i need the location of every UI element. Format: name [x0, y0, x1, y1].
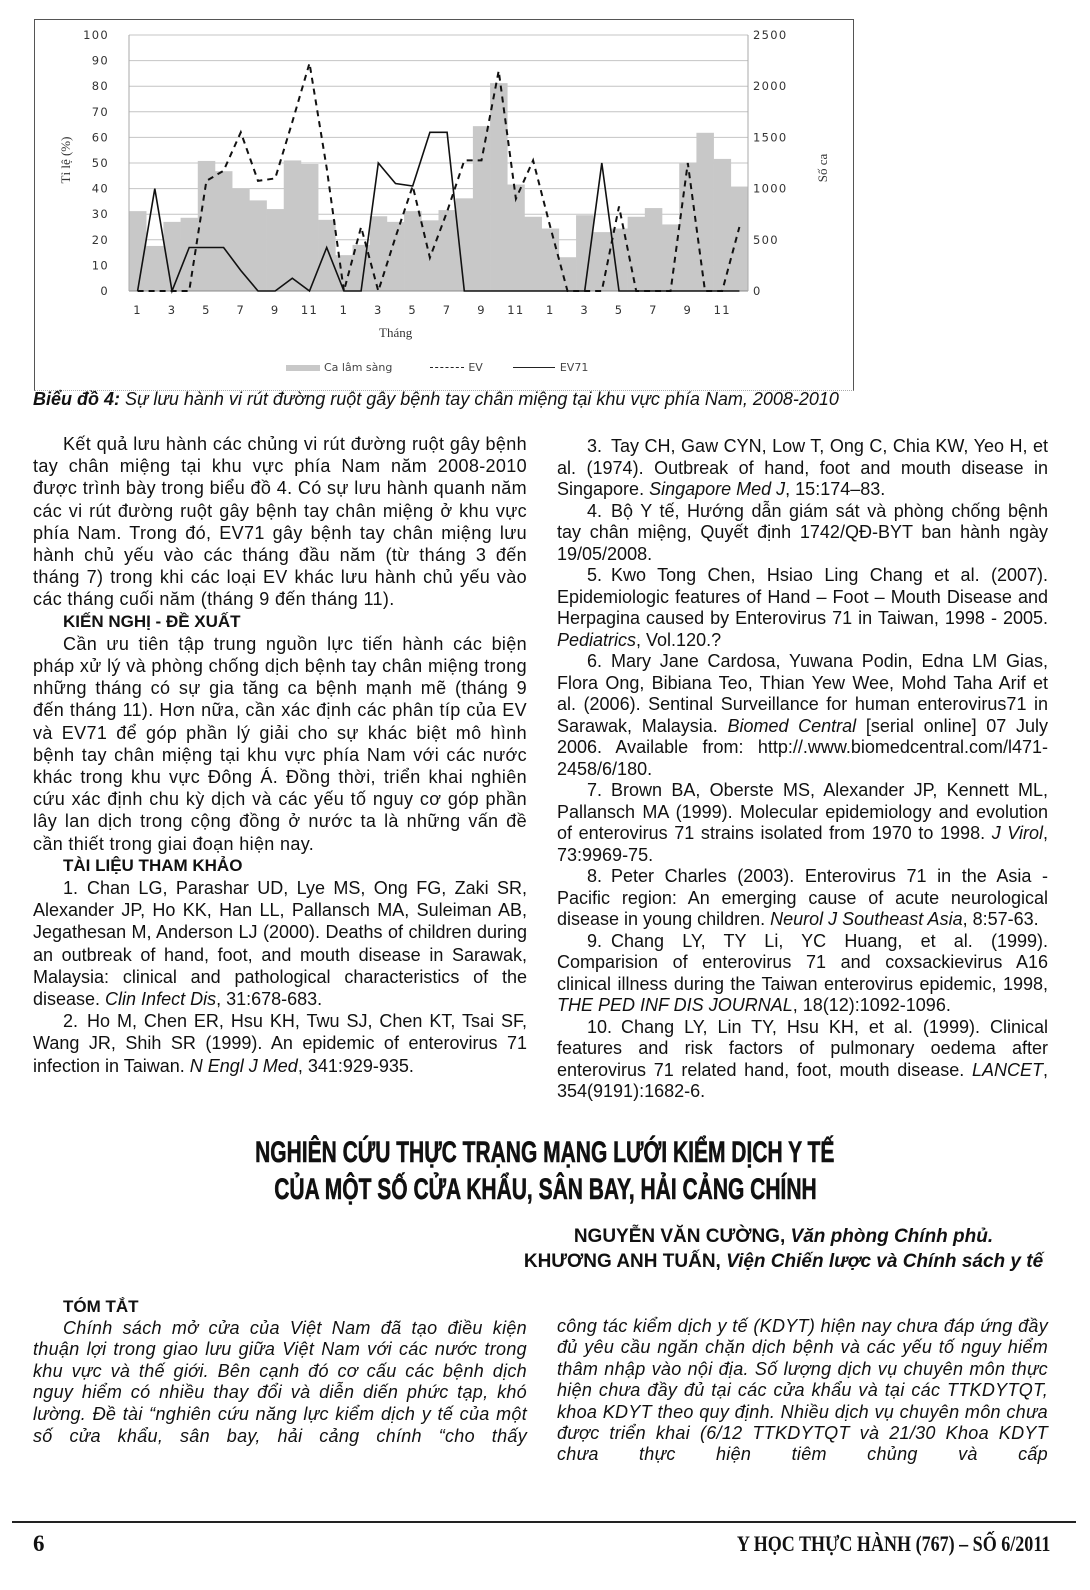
bar: [473, 126, 490, 291]
chart-frame: 0102030405060708090100050010001500200025…: [34, 19, 854, 391]
x-tick-label: 3: [374, 303, 383, 317]
bar: [662, 224, 679, 291]
reference-number: 4.: [587, 501, 602, 521]
x-tick-label: 3: [580, 303, 589, 317]
bar: [267, 209, 284, 291]
legend-label-ev71: EV71: [560, 361, 588, 374]
y-tick-label-left: 70: [92, 105, 109, 119]
y-tick-label-right: 2500: [753, 28, 787, 42]
y-tick-label-right: 500: [753, 233, 779, 247]
reference-journal: Singapore Med J: [649, 479, 785, 499]
y-tick-label-left: 100: [83, 28, 109, 42]
y-tick-label-right: 1000: [753, 182, 787, 196]
bar: [232, 189, 249, 291]
x-tick-label: 1: [340, 303, 349, 317]
y-tick-label-left: 30: [92, 207, 109, 221]
author-list: NGUYỄN VĂN CƯỜNG, Văn phòng Chính phủ. K…: [517, 1224, 1050, 1274]
reference-number: 1.: [63, 878, 78, 898]
x-tick-label: 11: [714, 303, 731, 317]
reference-tail: , Vol.120.?: [636, 630, 721, 650]
reference-item: 2.Ho M, Chen ER, Hsu KH, Twu SJ, Chen KT…: [33, 1010, 527, 1077]
author-line: NGUYỄN VĂN CƯỜNG, Văn phòng Chính phủ.: [517, 1224, 1050, 1249]
bar: [284, 160, 301, 291]
y-tick-label-left: 20: [92, 233, 109, 247]
reference-journal: THE PED INF DIS JOURNAL: [557, 995, 793, 1015]
y-axis-title-right: Số ca: [815, 154, 831, 183]
legend-label-ev: EV: [468, 361, 482, 374]
bar: [439, 210, 456, 291]
bar: [301, 164, 318, 291]
y-tick-label-left: 50: [92, 156, 109, 170]
reference-item: 1.Chan LG, Parashar UD, Lye MS, Ong FG, …: [33, 877, 527, 1010]
figure-caption: Biểu đồ 4: Sự lưu hành vi rút đường ruột…: [33, 389, 839, 410]
bar: [696, 133, 713, 291]
reference-item: 9.Chang LY, TY Li, YC Huang, et al. (199…: [557, 931, 1048, 1017]
reference-tail: , 31:678-683.: [216, 989, 322, 1009]
x-tick-label: 5: [202, 303, 211, 317]
journal-issue: Y HỌC THỰC HÀNH (767) – SỐ 6/2011: [736, 1531, 1050, 1557]
bar: [404, 211, 421, 291]
reference-item: 7.Brown BA, Oberste MS, Alexander JP, Ke…: [557, 780, 1048, 866]
bar: [198, 161, 215, 291]
reference-journal: Clin Infect Dis: [105, 989, 216, 1009]
reference-text: Bộ Y tế, Hướng dẫn giám sát và phòng chố…: [557, 501, 1048, 564]
y-tick-label-left: 90: [92, 54, 109, 68]
reference-number: 3.: [587, 436, 602, 456]
references-heading: TÀI LIỆU THAM KHẢO: [33, 855, 527, 877]
y-tick-label-left: 80: [92, 79, 109, 93]
y-tick-label-right: 0: [753, 284, 762, 298]
abstract-right-column: công tác kiểm dịch y tế (KDYT) hiện nay …: [557, 1316, 1048, 1466]
left-column: Kết quả lưu hành các chủng vi rút đường …: [33, 433, 527, 1077]
y-axis-title-left: Tỉ lệ (%): [58, 137, 74, 184]
bar: [524, 217, 541, 291]
bar: [490, 83, 507, 291]
legend-solid-line-swatch: [513, 367, 555, 368]
caption-text: Sự lưu hành vi rút đường ruột gây bệnh t…: [120, 389, 839, 409]
reference-text: Chang LY, TY Li, YC Huang, et al. (1999)…: [557, 931, 1048, 994]
bar: [387, 222, 404, 291]
article-title: NGHIÊN CỨU THỰC TRẠNG MẠNG LƯỚI KIỂM DỊC…: [0, 1134, 1090, 1208]
author-line: KHƯƠNG ANH TUẤN, Viện Chiến lược và Chín…: [517, 1249, 1050, 1274]
reference-item: 3.Tay CH, Gaw CYN, Low T, Ong C, Chia KW…: [557, 436, 1048, 501]
bar: [249, 200, 266, 291]
bar: [576, 215, 593, 291]
reference-number: 9.: [587, 931, 602, 951]
bar: [542, 229, 559, 291]
author-name: KHƯƠNG ANH TUẤN,: [524, 1251, 726, 1272]
y-tick-label-left: 0: [100, 284, 109, 298]
abstract-text-part-2: công tác kiểm dịch y tế (KDYT) hiện nay …: [557, 1316, 1048, 1466]
legend-bar-swatch: [286, 365, 320, 371]
x-tick-label: 5: [408, 303, 417, 317]
results-paragraph: Kết quả lưu hành các chủng vi rút đường …: [33, 433, 527, 611]
abstract-left-column: TÓM TẮT Chính sách mở cửa của Việt Nam đ…: [33, 1296, 527, 1447]
bar: [559, 257, 576, 291]
reference-number: 8.: [587, 866, 602, 886]
bar: [146, 246, 163, 291]
combo-chart: 0102030405060708090100050010001500200025…: [35, 20, 853, 390]
x-tick-label: 11: [507, 303, 524, 317]
bar: [731, 187, 748, 291]
recommendations-paragraph: Cần ưu tiên tập trung nguồn lực tiến hàn…: [33, 633, 527, 855]
bar: [370, 216, 387, 291]
bar: [456, 198, 473, 291]
footer-rule: [12, 1521, 1076, 1523]
x-tick-label: 9: [683, 303, 692, 317]
author-affiliation: Văn phòng Chính phủ.: [791, 1226, 994, 1247]
bar: [215, 171, 232, 291]
reference-item: 10.Chang LY, Lin TY, Hsu KH, et al. (199…: [557, 1017, 1048, 1103]
reference-tail: , 8:57-63.: [963, 909, 1039, 929]
x-tick-label: 5: [615, 303, 624, 317]
reference-journal: J Virol: [992, 823, 1043, 843]
reference-number: 6.: [587, 651, 602, 671]
y-tick-label-right: 1500: [753, 130, 787, 144]
reference-tail: , 15:174–83.: [785, 479, 885, 499]
reference-item: 8.Peter Charles (2003). Enterovirus 71 i…: [557, 866, 1048, 931]
author-affiliation: Viện Chiến lược và Chính sách y tế: [726, 1251, 1043, 1272]
x-tick-label: 3: [168, 303, 177, 317]
journal-page: 0102030405060708090100050010001500200025…: [0, 0, 1090, 1590]
right-column: 3.Tay CH, Gaw CYN, Low T, Ong C, Chia KW…: [557, 436, 1048, 1103]
reference-number: 2.: [63, 1011, 78, 1031]
bar: [645, 208, 662, 291]
y-tick-label-left: 10: [92, 258, 109, 272]
y-tick-label-right: 2000: [753, 79, 787, 93]
reference-number: 5.: [587, 565, 602, 585]
x-axis-title: Tháng: [379, 325, 412, 341]
article-title-line-2: CỦA MỘT SỐ CỬA KHẨU, SÂN BAY, HẢI CẢNG C…: [274, 1171, 816, 1208]
reference-journal: Neurol J Southeast Asia: [770, 909, 962, 929]
recommendations-heading: KIẾN NGHỊ - ĐỀ XUẤT: [33, 611, 527, 633]
reference-text: Kwo Tong Chen, Hsiao Ling Chang et al. (…: [557, 565, 1048, 628]
x-tick-label: 7: [649, 303, 658, 317]
reference-tail: , 341:929-935.: [298, 1056, 414, 1076]
reference-number: 7.: [587, 780, 602, 800]
reference-item: 4.Bộ Y tế, Hướng dẫn giám sát và phòng c…: [557, 501, 1048, 566]
y-tick-label-left: 40: [92, 182, 109, 196]
caption-label: Biểu đồ 4:: [33, 389, 120, 409]
reference-item: 5.Kwo Tong Chen, Hsiao Ling Chang et al.…: [557, 565, 1048, 651]
page-number: 6: [33, 1531, 45, 1557]
reference-journal: N Engl J Med: [190, 1056, 298, 1076]
bar: [628, 217, 645, 291]
reference-journal: Biomed Central: [727, 716, 856, 736]
reference-journal: LANCET: [972, 1060, 1043, 1080]
x-tick-label: 11: [301, 303, 318, 317]
abstract-text-part-1: Chính sách mở cửa của Việt Nam đã tạo đi…: [33, 1318, 527, 1448]
reference-number: 10.: [587, 1017, 612, 1037]
reference-item: 6.Mary Jane Cardosa, Yuwana Podin, Edna …: [557, 651, 1048, 780]
legend-label-clinical-cases: Ca lâm sàng: [324, 361, 392, 374]
article-title-line-1: NGHIÊN CỨU THỰC TRẠNG MẠNG LƯỚI KIỂM DỊC…: [255, 1134, 834, 1171]
author-name: NGUYỄN VĂN CƯỜNG,: [574, 1226, 791, 1247]
reference-journal: Pediatrics: [557, 630, 636, 650]
abstract-heading: TÓM TẮT: [33, 1296, 527, 1318]
x-tick-label: 9: [477, 303, 486, 317]
legend-dashed-line-swatch: [430, 367, 464, 368]
x-tick-label: 1: [546, 303, 555, 317]
x-tick-label: 1: [133, 303, 142, 317]
reference-text: Brown BA, Oberste MS, Alexander JP, Kenn…: [557, 780, 1048, 843]
bar: [679, 163, 696, 291]
reference-tail: , 18(12):1092-1096.: [793, 995, 951, 1015]
bar: [318, 220, 335, 291]
x-tick-label: 9: [271, 303, 280, 317]
y-tick-label-left: 60: [92, 130, 109, 144]
x-tick-label: 7: [443, 303, 452, 317]
chart-legend: Ca lâm sàng EV EV71: [286, 361, 588, 374]
x-tick-label: 7: [236, 303, 245, 317]
